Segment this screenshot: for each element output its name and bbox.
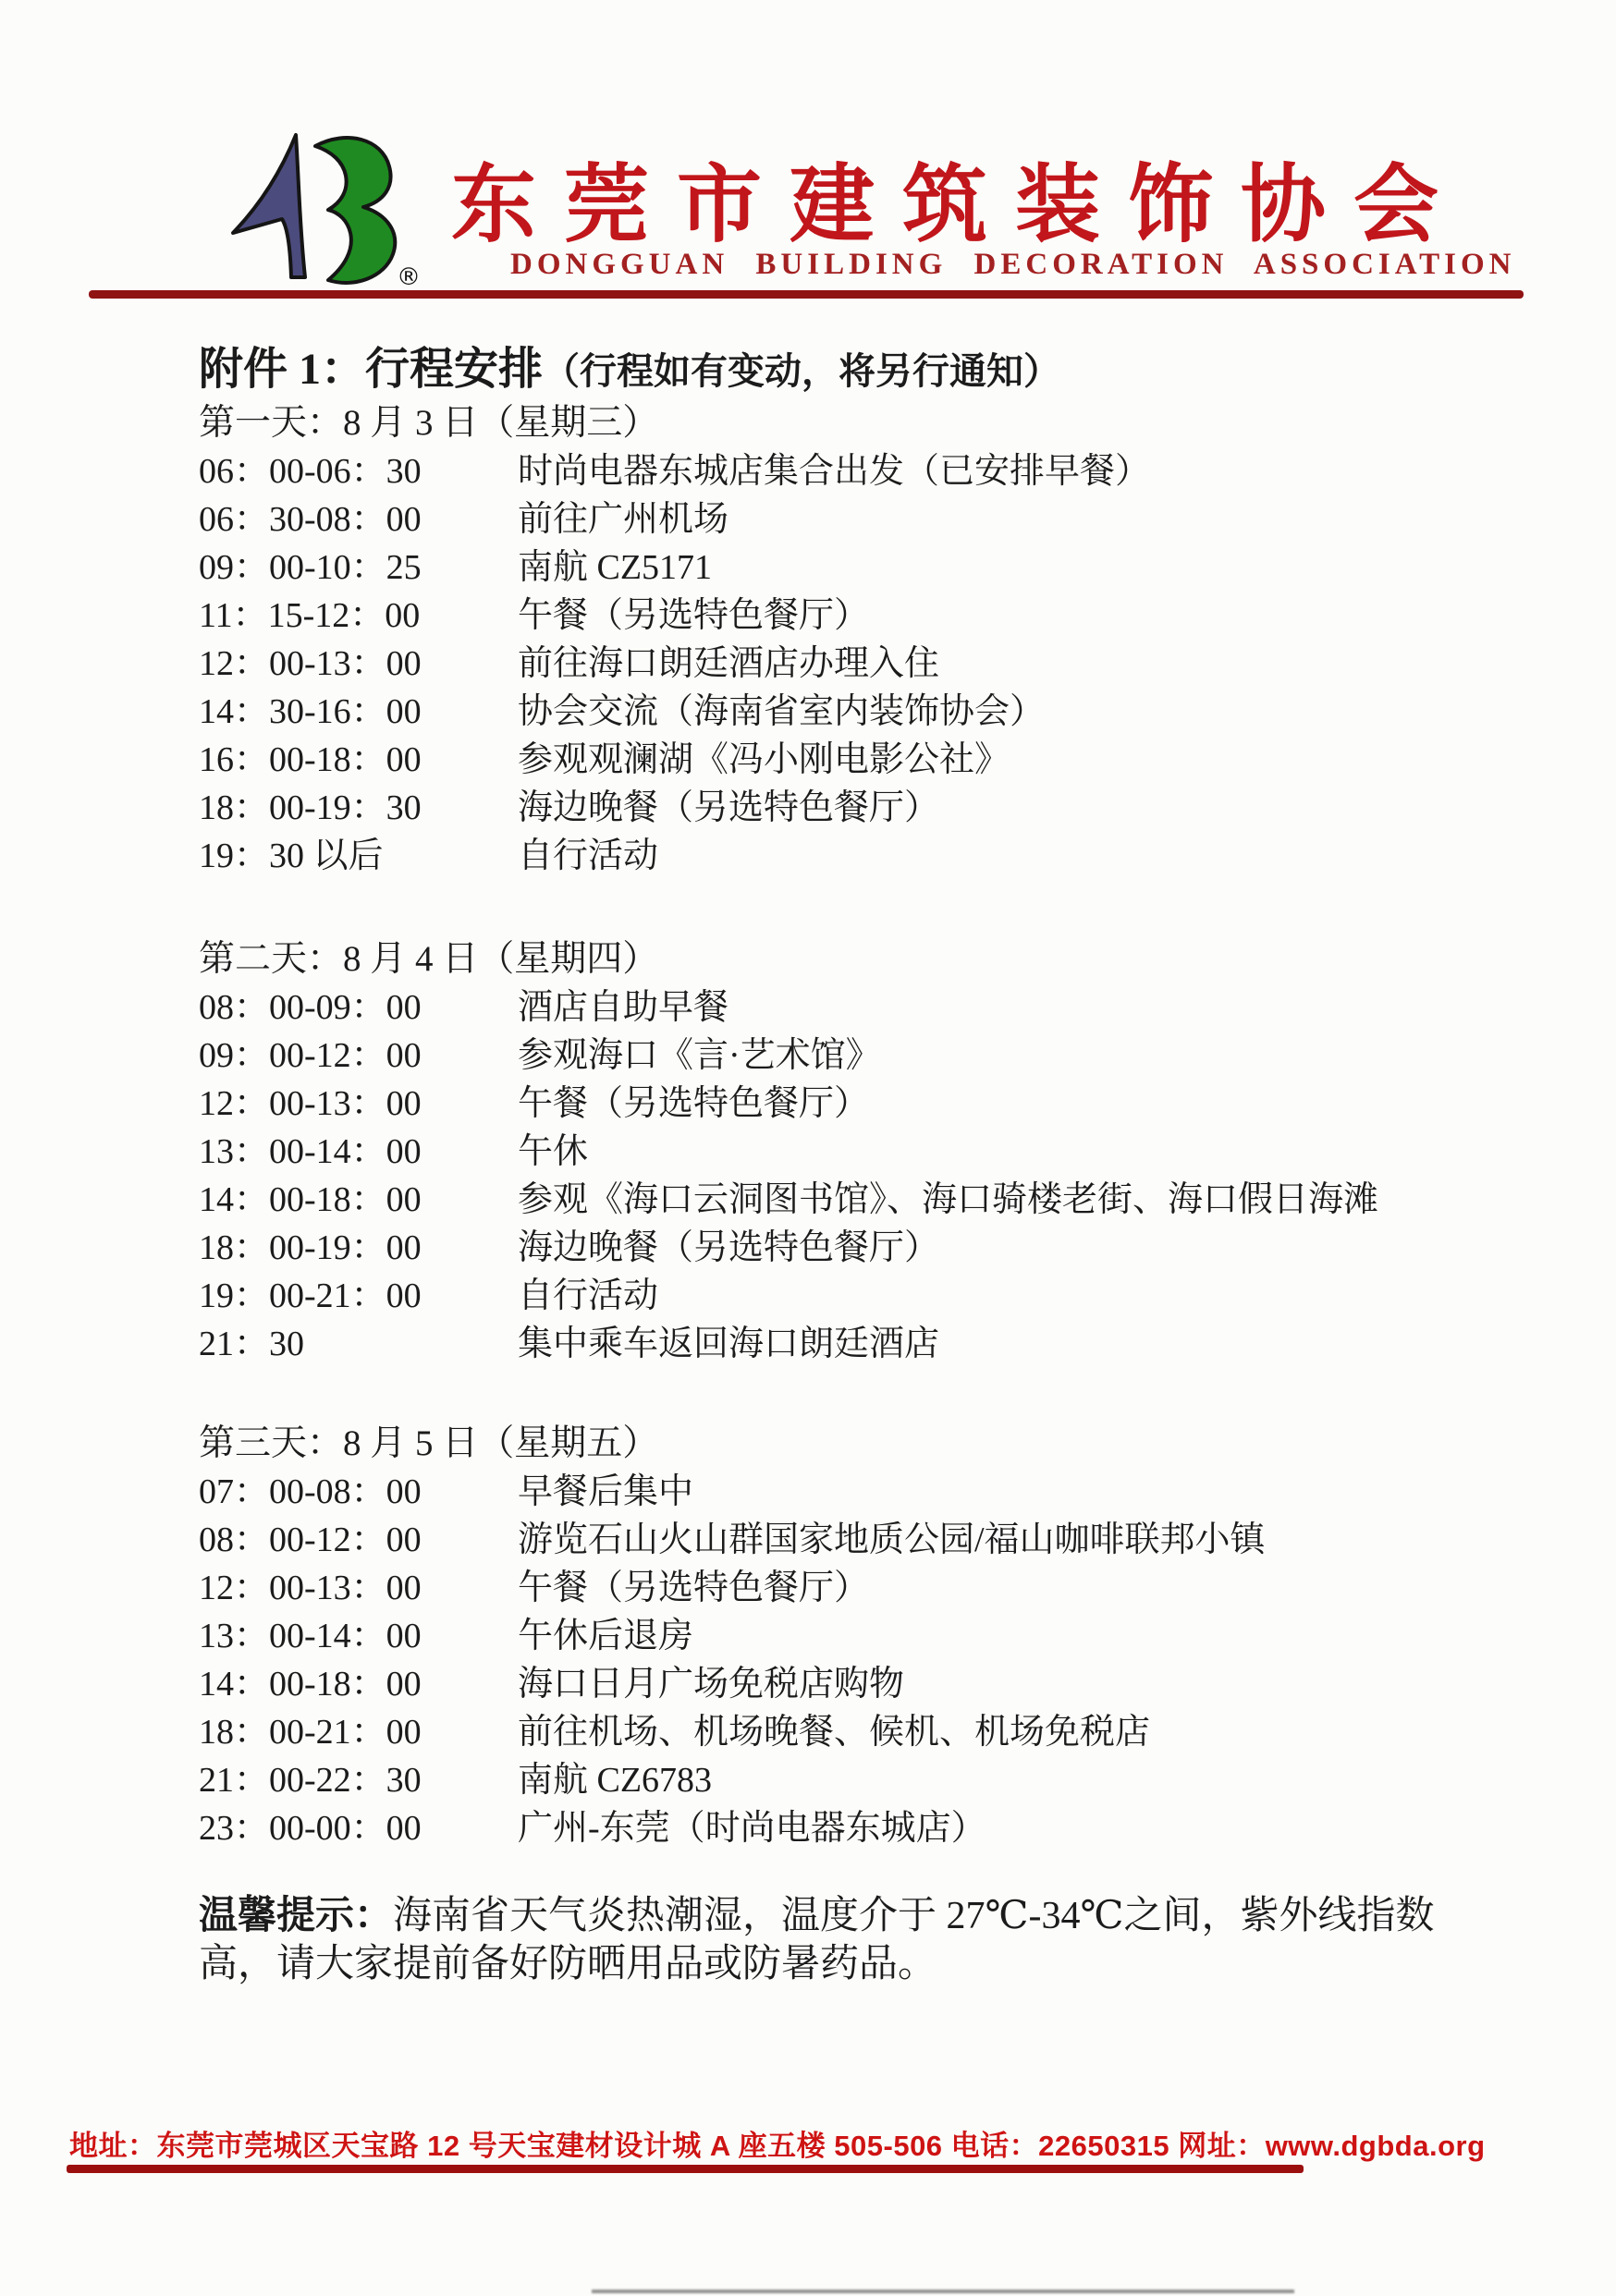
activity: 游览石山火山群国家地质公园/福山咖啡联邦小镇 [518,1516,1579,1564]
warm-tip-line-2: 高，请大家提前备好防晒用品或防暑药品。 [199,1940,1585,1988]
schedule-row: 14：00-18：00参观《海口云洞图书馆》、海口骑楼老街、海口假日海滩 [199,1176,1579,1224]
time-range: 07：00-08：00 [199,1468,518,1516]
warm-tip-line-1: 温馨提示：海南省天气炎热潮湿，温度介于 27℃-34℃之间，紫外线指数 [199,1892,1585,1940]
schedule-row: 13：00-14：00午休 [199,1128,1579,1176]
activity: 南航 CZ6783 [518,1756,1579,1804]
day-heading: 第二天：8 月 4 日（星期四） [199,935,1579,983]
schedule-row: 09：00-12：00参观海口《言·艺术馆》 [199,1032,1579,1080]
schedule-row: 21：30集中乘车返回海口朗廷酒店 [199,1320,1579,1368]
time-range: 12：00-13：00 [199,640,518,688]
activity: 海边晚餐（另选特色餐厅） [518,784,1579,832]
schedule-row: 14：30-16：00协会交流（海南省室内装饰协会） [199,688,1579,736]
schedule-row: 11：15-12：00午餐（另选特色餐厅） [199,592,1579,640]
time-range: 13：00-14：00 [199,1128,518,1176]
time-range: 12：00-13：00 [199,1080,518,1128]
warm-tip: 温馨提示：海南省天气炎热潮湿，温度介于 27℃-34℃之间，紫外线指数 高，请大… [199,1892,1585,1988]
time-range: 18：00-21：00 [199,1708,518,1756]
day-section: 第一天：8 月 3 日（星期三）06：00-06：30时尚电器东城店集合出发（已… [199,399,1579,880]
warm-tip-text-1: 海南省天气炎热潮湿，温度介于 27℃-34℃之间，紫外线指数 [393,1895,1434,1937]
footer-divider-rule [67,2165,1304,2173]
time-range: 11：15-12：00 [199,592,518,640]
time-range: 19：30 以后 [199,832,518,880]
time-range: 16：00-18：00 [199,736,518,784]
scan-edge-artifact [592,2290,1294,2293]
time-range: 18：00-19：30 [199,784,518,832]
time-range: 21：30 [199,1320,518,1368]
activity: 海边晚餐（另选特色餐厅） [518,1224,1579,1272]
activity: 时尚电器东城店集合出发（已安排早餐） [518,447,1579,495]
schedule-row: 08：00-12：00游览石山火山群国家地质公园/福山咖啡联邦小镇 [199,1516,1579,1564]
attachment-title-line: 附件 1：行程安排（行程如有变动，将另行通知） [199,344,1558,406]
schedule-row: 13：00-14：00午休后退房 [199,1612,1579,1660]
time-range: 06：30-08：00 [199,495,518,543]
activity: 午餐（另选特色餐厅） [518,592,1579,640]
activity: 早餐后集中 [518,1468,1579,1516]
schedule-row: 18：00-19：30海边晚餐（另选特色餐厅） [199,784,1579,832]
schedule-row: 09：00-10：25南航 CZ5171 [199,543,1579,592]
activity: 午休 [518,1128,1579,1176]
attachment-label: 附件 1： [199,345,365,394]
activity: 参观《海口云洞图书馆》、海口骑楼老街、海口假日海滩 [518,1176,1579,1224]
logo-numeral-3 [315,138,395,283]
association-name-en: DONGGUAN BUILDING DECORATION ASSOCIATION [510,248,1516,282]
activity: 前往海口朗廷酒店办理入住 [518,640,1579,688]
logo-numeral-1 [233,135,305,277]
schedule-row: 06：30-08：00前往广州机场 [199,495,1579,543]
schedule-row: 12：00-13：00午餐（另选特色餐厅） [199,1080,1579,1128]
schedule-row: 18：00-21：00前往机场、机场晚餐、候机、机场免税店 [199,1708,1579,1756]
activity: 午休后退房 [518,1612,1579,1660]
association-name-cn: 东莞市建筑装饰协会 [451,137,1466,259]
document-page: ® 东莞市建筑装饰协会 DONGGUAN BUILDING DECORATION… [0,0,1616,2296]
day-heading: 第一天：8 月 3 日（星期三） [199,399,1579,447]
schedule-row: 18：00-19：00海边晚餐（另选特色餐厅） [199,1224,1579,1272]
activity: 参观观澜湖《冯小刚电影公社》 [518,736,1579,784]
activity: 自行活动 [518,832,1579,880]
activity: 前往机场、机场晚餐、候机、机场免税店 [518,1708,1579,1756]
attachment-note: （行程如有变动，将另行通知） [543,350,1060,392]
activity: 南航 CZ5171 [518,543,1579,592]
schedule-row: 12：00-13：00前往海口朗廷酒店办理入住 [199,640,1579,688]
time-range: 21：00-22：30 [199,1756,518,1804]
time-range: 08：00-09：00 [199,983,518,1032]
time-range: 14：00-18：00 [199,1660,518,1708]
time-range: 06：00-06：30 [199,447,518,495]
day-section: 第二天：8 月 4 日（星期四）08：00-09：00酒店自助早餐09：00-1… [199,935,1579,1368]
registered-mark: ® [397,263,419,291]
time-range: 19：00-21：00 [199,1272,518,1320]
schedule-row: 14：00-18：00海口日月广场免税店购物 [199,1660,1579,1708]
time-range: 12：00-13：00 [199,1564,518,1612]
day-heading: 第三天：8 月 5 日（星期五） [199,1420,1579,1468]
schedule-row: 12：00-13：00午餐（另选特色餐厅） [199,1564,1579,1612]
activity: 协会交流（海南省室内装饰协会） [518,688,1579,736]
header-divider-rule [89,290,1524,299]
schedule-row: 23：00-00：00广州-东莞（时尚电器东城店） [199,1804,1579,1852]
time-range: 09：00-10：25 [199,543,518,592]
activity: 自行活动 [518,1272,1579,1320]
attachment-title: 行程安排 [365,345,543,394]
time-range: 14：00-18：00 [199,1176,518,1224]
time-range: 13：00-14：00 [199,1612,518,1660]
activity: 集中乘车返回海口朗廷酒店 [518,1320,1579,1368]
activity: 参观海口《言·艺术馆》 [518,1032,1579,1080]
schedule-row: 19：30 以后自行活动 [199,832,1579,880]
time-range: 09：00-12：00 [199,1032,518,1080]
activity: 前往广州机场 [518,495,1579,543]
activity: 广州-东莞（时尚电器东城店） [518,1804,1579,1852]
time-range: 23：00-00：00 [199,1804,518,1852]
time-range: 14：30-16：00 [199,688,518,736]
schedule-row: 07：00-08：00早餐后集中 [199,1468,1579,1516]
activity: 海口日月广场免税店购物 [518,1660,1579,1708]
time-range: 08：00-12：00 [199,1516,518,1564]
schedule-row: 06：00-06：30时尚电器东城店集合出发（已安排早餐） [199,447,1579,495]
schedule-row: 16：00-18：00参观观澜湖《冯小刚电影公社》 [199,736,1579,784]
activity: 酒店自助早餐 [518,983,1579,1032]
association-logo: ® [217,129,419,292]
footer-contact-line: 地址：东莞市莞城区天宝路 12 号天宝建材设计城 A 座五楼 505-506 电… [69,2122,1486,2164]
day-section: 第三天：8 月 5 日（星期五）07：00-08：00早餐后集中08：00-12… [199,1420,1579,1852]
activity: 午餐（另选特色餐厅） [518,1080,1579,1128]
warm-tip-label: 温馨提示： [199,1895,393,1937]
schedule-row: 21：00-22：30南航 CZ6783 [199,1756,1579,1804]
activity: 午餐（另选特色餐厅） [518,1564,1579,1612]
time-range: 18：00-19：00 [199,1224,518,1272]
schedule-row: 19：00-21：00自行活动 [199,1272,1579,1320]
schedule-row: 08：00-09：00酒店自助早餐 [199,983,1579,1032]
